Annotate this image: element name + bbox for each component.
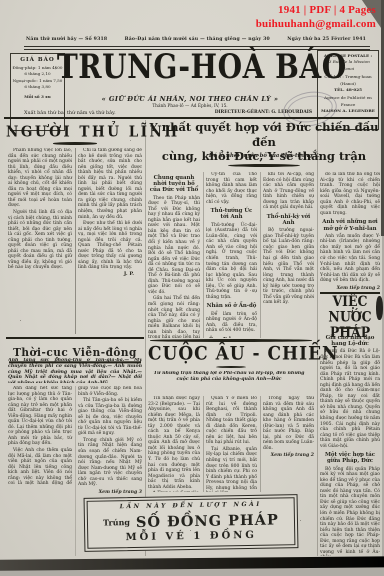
auchien-column-2: Quân Ý ở miền Bố rút lui về đường Bengha… [206,396,257,492]
subhead: Một việc hợp tác giữa Pháp, Đức [320,452,380,464]
overlay-line1: 1941 | PDF | 4 Pages [256,4,376,18]
scan-shadow [0,556,384,570]
lottery-ad-border [87,497,296,549]
column-rule [203,396,204,492]
continuation-note: Xem tiếp trang 2 [320,286,380,290]
paragraph: Người thủ lĩnh đã có địa vị cách biệt ch… [8,210,72,271]
masthead-publication-row: Xuất bản thứ ba, thứ năm và thứ bảy. DIR… [24,110,312,116]
lead-subtitle: Đó là nhời tuyên bố của Thủ-tướng Ý. [148,153,380,159]
price-line: Mỗi số 3 xu [11,94,64,100]
paragraph: Bộ tổng đội quân Pháp mới ký với nhau mộ… [320,467,380,556]
paragraph: Theo tin Pháp nhận được ở Thụy-sĩ, thì T… [148,196,200,296]
paragraph: Chỉ là tấm gương sáng để cho kẻ dưới trô… [78,148,142,220]
paragraph: Để làm tròn số những người ở Ấn-độ Anh, … [206,312,257,334]
lead-headline-line1: Y nhất quyết hợp với Đức chiến đấu đến [148,120,380,149]
paragraph: khi tới Ai-cập, ông Eden có hội đàm cùng… [263,172,314,211]
paragraph: Tại Albanie, quân Hy-lạp lại chiếm được … [206,447,257,492]
continuation-note: Xem tiếp trang 2 [263,453,314,459]
phap-body: Giả cho nhà đạo hang Lộ-đức Hang đá Đức … [320,332,380,556]
auchien-column-1: Tin nhận được ngày 23-2 (Belgrade). — Tạ… [148,396,200,492]
subhead: Ông Eden sang Ai-cập [206,337,257,338]
paragraph: Trong chính giới Mỹ có tin rằng Nhật hiệ… [78,438,142,488]
subhead: Anh với những nơi mở gở ở Y-nhĩ-lan [320,219,380,231]
masthead-motto-reference: Thánh Phao-lồ — Ad Éphès, IV, 15. [62,104,318,109]
scanned-newspaper-page: Năm thứ mười bảy — Số 9318 Bảo-Đại năm t… [0,0,384,576]
subhead: Nhân số ở Ấn-độ [206,303,257,309]
address-line: TÉL. 48-025 [318,87,378,93]
paragraph: đó là lần thứ ba ông tới Ai-cập từ khi c… [320,172,380,216]
auchien-column-3: Trong ngày thứ năm và đêm thứ sáu không … [263,396,314,492]
left-article-ornament [53,142,97,145]
war-column-1: Chung quanh nhời tuyên bố của Đức với Th… [148,172,200,338]
paragraph: Trong ngày thứ năm và đêm thứ sáu không … [263,396,314,451]
viendong-lede: Anh tăng sức phòng-thủ ở Tân-gia-ba.— Mỹ… [8,358,142,383]
masthead-motto: « GIỮ ĐỨC ÁI NHÂN, NOI THEO CHÂN LÝ » [62,95,318,103]
lottery-ad: LẦN NÀY ĐẾN LƯỢT NGÀI TrúngSỐ ĐỒNG PHÁP … [84,494,299,552]
column-rule [260,172,261,338]
subhead: Giả cho nhà đạo hang Lộ-đức [320,335,380,347]
paragraph: Hang đá Đức Bà ở Lộ-đức là nơi Đức Bà vẫ… [320,349,380,449]
masthead-title: TRUNG-HOÀ BÁO [57,48,323,87]
column-rule [317,120,318,556]
paragraph: Uy-tín của Thổ trong thì cam kết không đ… [206,172,257,205]
war-column-3: khi tới Ai-cập, ông Eden có hội đàm cùng… [263,172,314,338]
paragraph: Tin nhận được ngày 23-2 (Belgrade). — Tạ… [148,396,200,490]
continuation-note: Xem tiếp trang 3 [78,490,142,496]
phap-title-line1: VIỆC NƯỚC [319,294,381,325]
headline-divider [228,164,300,167]
subhead: Thủ-tướng Úc tới Anh [206,208,257,220]
left-article-body: Phàm những việc lớn lao, dầu đến sức chu… [8,148,142,334]
paragraph: Quân Ý ở miền Bố rút lui về đường Bengha… [206,396,257,446]
subhead: Thổ-nhĩ-kỳ với Anh [263,214,314,226]
paragraph: Bộ trưởng ngoại-giao Thổ-nhĩ-kỳ tuyên bố… [263,228,314,306]
paragraph: Thủ-tướng Úc-đại-lợi (Australie) đã tới … [206,223,257,301]
section-rule [6,337,144,339]
phap-ornament [336,327,362,329]
ink-blotch [376,296,383,320]
dateline-issue: Năm thứ mười bảy — Số 9318 [26,37,107,42]
paragraph: Thì Tân-gia-ba sẽ bị kiềm và cửa Tân-gia… [78,398,142,437]
left-article-title: NGƯỜI THỦ LĨNH [6,123,144,141]
section-rule [150,339,312,342]
subhead: Chung quanh nhời tuyên bố của Đức với Th… [148,175,200,194]
masthead: TRUNG-HOÀ BÁO [62,51,318,82]
article-signature: J. P. [78,272,142,278]
footnote: * Trong xứ Somalie, quân Anh đã vượt qua… [148,491,200,492]
column-rule [260,396,261,492]
masthead-rule [4,117,378,119]
dateline-date: Ngày thứ ba 25 Février 1941 [287,37,366,42]
paragraph: Gần hai Thổ thì đến mối giọng nói rằng: … [148,296,200,338]
dateline-lunar: Bảo-Đại năm thứ mười sáu — tháng giêng —… [125,37,270,42]
paragraph: Anh vẫn muốn được Y-nhĩ-lan (Irlande) nh… [320,234,380,284]
auchien-ornament [216,366,246,368]
digitization-overlay: 1941 | PDF | 4 Pages buihuuhanh@gmail.co… [256,4,376,31]
publish-days: Xuất bản thứ ba, thứ năm và thứ bảy. [24,110,116,116]
paper-sheet: Năm thứ mười bảy — Số 9318 Bảo-Đại năm t… [0,0,382,566]
war-column-2: Uy-tín của Thổ trong thì cam kết không đ… [206,172,257,338]
overlay-line2: buihuuhanh@gmail.com [256,18,376,32]
auchien-title: CUỘC ÂU - CHIẾN [148,343,314,365]
column-rule [203,172,204,338]
dateline: Năm thứ mười bảy — Số 9318 Bảo-Đại năm t… [26,37,366,42]
scan-noise [40,200,41,201]
war-column-4: đó là lần thứ ba ông tới Ai-cập từ khi c… [320,172,380,290]
column-rule [145,120,146,556]
paragraph: Được như thế thì kẻ dưới ai nấy đều hết … [78,221,142,271]
paragraph: Anh đang hết sức tăng lực lượng phòng th… [8,386,72,447]
auchien-lede: Từ những trận thắng lợi ở Phi-châu và Hy… [153,371,305,394]
